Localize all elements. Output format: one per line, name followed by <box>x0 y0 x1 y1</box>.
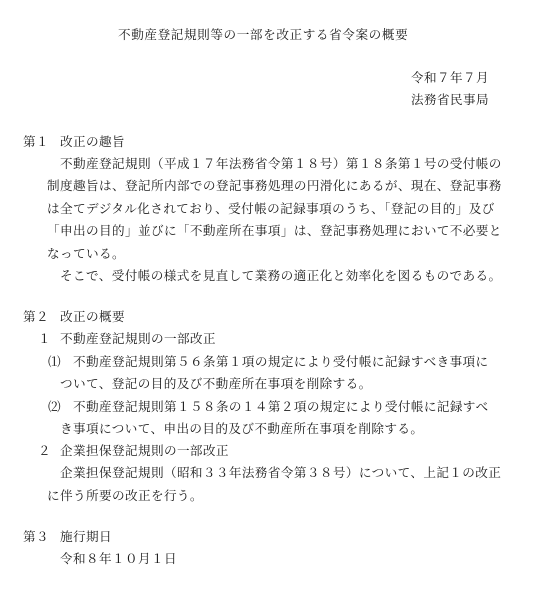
section1-number: 第１ <box>23 134 49 150</box>
document-title: 不動産登記規則等の一部を改正する省令案の概要 <box>118 27 408 43</box>
section1-para1-line5: なっている。 <box>47 246 125 262</box>
section1-para1-line2: 制度趣旨は、登記所内部での登記事務処理の円滑化にあるが、現在、登記事務 <box>47 178 502 194</box>
section3-number: 第３ <box>23 529 49 545</box>
section3-body: 令和８年１０月１日 <box>60 551 177 567</box>
section1-heading: 改正の趣旨 <box>60 134 125 150</box>
section2-item2-number: ２ <box>38 443 51 459</box>
section2-item2-heading: 企業担保登記規則の一部改正 <box>60 443 229 459</box>
section2-item1-sub2-number: ⑵ <box>48 399 61 415</box>
section2-item2-line2: に伴う所要の改正を行う。 <box>47 488 203 504</box>
section2-item1-sub2-line2: き事項について、申出の目的及び不動産所在事項を削除する。 <box>60 421 423 437</box>
document-date: 令和７年７月 <box>411 70 489 86</box>
section2-item1-sub1-line2: ついて、登記の目的及び不動産所在事項を削除する。 <box>60 376 372 392</box>
section2-item1-sub2-line1: 不動産登記規則第１５８条の１４第２項の規定により受付帳に記録すべ <box>73 399 489 415</box>
section1-para1-line1: 不動産登記規則（平成１７年法務省令第１８号）第１８条第１号の受付帳の <box>60 156 502 172</box>
section2-item1-sub1-line1: 不動産登記規則第５６条第１項の規定により受付帳に記録すべき事項に <box>73 354 489 370</box>
section1-para1-line3: は全てデジタル化されており、受付帳の記録事項のうち、「登記の目的」及び <box>47 201 495 217</box>
section1-para2-line1: そこで、受付帳の様式を見直して業務の適正化と効率化を図るものである。 <box>60 268 502 284</box>
section2-heading: 改正の概要 <box>60 309 125 325</box>
section1-para1-line4: 「申出の目的」並びに「不動産所在事項」は、登記事務処理において不必要と <box>47 223 502 239</box>
section2-item1-heading: 不動産登記規則の一部改正 <box>60 331 216 347</box>
section3-heading: 施行期日 <box>60 529 112 545</box>
section2-item2-line1: 企業担保登記規則（昭和３３年法務省令第３８号）について、上記１の改正 <box>60 465 501 481</box>
section2-number: 第２ <box>23 309 49 325</box>
section2-item1-sub1-number: ⑴ <box>48 354 61 370</box>
section2-item1-number: １ <box>38 331 51 347</box>
document-issuer: 法務省民事局 <box>411 92 489 108</box>
